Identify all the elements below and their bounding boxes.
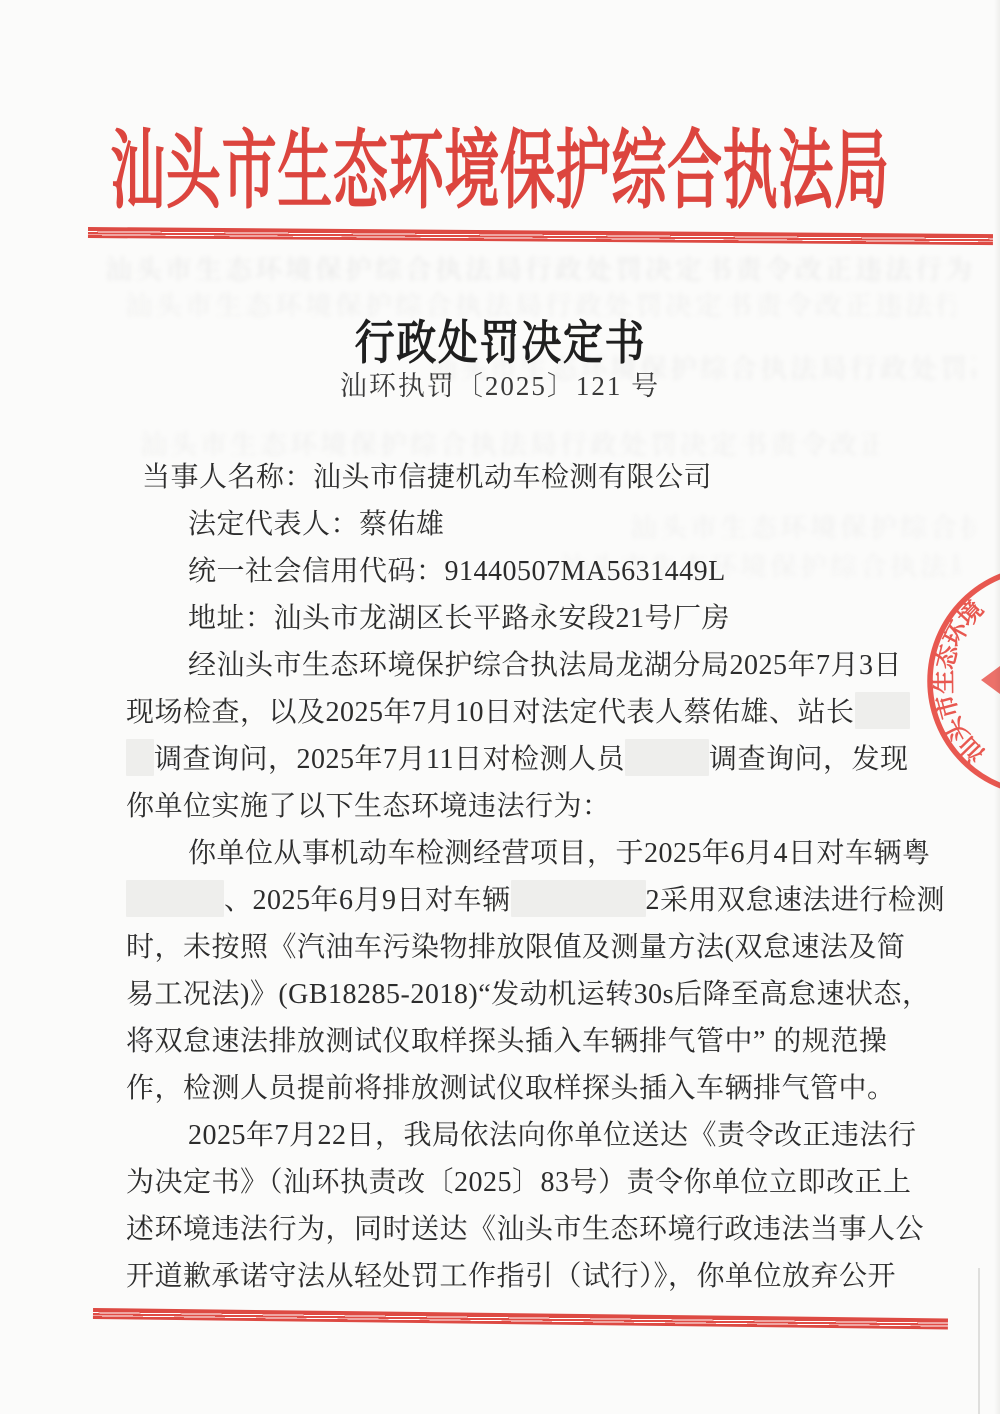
body-text: 现场检查，以及2025年7月10日对法定代表人蔡佑雄、站长 — [126, 697, 855, 728]
body-line: 开道歉承诺守法从轻处罚工作指引（试行）》，你单位放弃公开 — [126, 1253, 886, 1300]
body-line: 调查询问，2025年7月11日对检测人员调查询问，发现 — [126, 736, 886, 783]
body-line: 作，检测人员提前将排放测试仪取样探头插入车辆排气管中。 — [126, 1065, 886, 1112]
body-line: 你单位实施了以下生态环境违法行为： — [126, 783, 886, 830]
body-line: 现场检查，以及2025年7月10日对法定代表人蔡佑雄、站长 — [126, 689, 886, 736]
document-title: 行政处罚决定书 — [354, 306, 646, 373]
body-text: 法定代表人：蔡佑雄 — [188, 509, 445, 540]
official-seal-icon: 汕 头 市 生 态 环 境 — [903, 550, 1000, 812]
body-text: 将双怠速法排放测试仪取样探头插入车辆排气管中” 的规范操 — [126, 1026, 887, 1057]
body-text: 2025年7月22日，我局依法向你单位送达《责令改正违法行 — [188, 1120, 917, 1151]
redaction-box — [126, 739, 154, 776]
body-text: 地址：汕头市龙湖区长平路永安段21号厂房 — [188, 603, 730, 634]
redaction-box — [625, 739, 709, 776]
body-line: 法定代表人：蔡佑雄 — [126, 501, 886, 548]
body-text: 时，未按照《汽油车污染物排放限值及测量方法(双怠速法及简 — [126, 932, 905, 963]
body-text: 统一社会信用代码：91440507MA5631449L — [188, 556, 726, 587]
scan-edge-line — [978, 1268, 980, 1414]
body-line: 2025年7月22日，我局依法向你单位送达《责令改正违法行 — [126, 1112, 886, 1159]
body-text: 你单位从事机动车检测经营项目，于2025年6月4日对车辆粤 — [188, 838, 931, 869]
body-line: 地址：汕头市龙湖区长平路永安段21号厂房 — [126, 595, 886, 642]
document-number: 汕环执罚〔2025〕121 号 — [0, 364, 1000, 403]
letterhead-rule-line — [88, 227, 993, 245]
body-line: 易工况法)》(GB18285-2018)“发动机运转30s后降至高怠速状态， — [126, 971, 886, 1018]
body-line: 你单位从事机动车检测经营项目，于2025年6月4日对车辆粤 — [126, 830, 886, 877]
letterhead: 汕头市生态环境保护综合执法局 — [0, 126, 1000, 216]
body-line: 经汕头市生态环境保护综合执法局龙湖分局2025年7月3日 — [126, 642, 886, 689]
body-line: 、2025年6月9日对车辆2采用双怠速法进行检测 — [126, 877, 886, 924]
seal-char: 生 — [931, 670, 958, 694]
body-text: 你单位实施了以下生态环境违法行为： — [126, 791, 611, 822]
scanned-document-page: 汕头市生态环境保护综合执法局 汕头市生态环境保护综合执法局行政处罚决定书责令改正… — [0, 0, 1000, 1414]
body-text: 调查询问，发现 — [709, 744, 909, 775]
body-text: 为决定书》（汕环执责改〔2025〕83号）责令你单位立即改正上 — [126, 1167, 912, 1198]
body-line: 时，未按照《汽油车污染物排放限值及测量方法(双怠速法及简 — [126, 924, 886, 971]
body-text: 易工况法)》(GB18285-2018)“发动机运转30s后降至高怠速状态， — [126, 979, 931, 1010]
body-line: 当事人名称：汕头市信捷机动车检测有限公司 — [126, 454, 886, 501]
redaction-box — [855, 692, 910, 729]
bleedthrough-text: 汕头市生态环境保护综合执法局行政处罚决定书责令改正违法行为当事人名称检测有限公司… — [105, 248, 975, 287]
redaction-box — [126, 880, 224, 917]
body-text: 作，检测人员提前将排放测试仪取样探头插入车辆排气管中。 — [126, 1073, 896, 1104]
body-line: 将双怠速法排放测试仪取样探头插入车辆排气管中” 的规范操 — [126, 1018, 886, 1065]
body-line: 统一社会信用代码：91440507MA5631449L — [126, 548, 886, 595]
document-body: 当事人名称：汕头市信捷机动车检测有限公司法定代表人：蔡佑雄统一社会信用代码：91… — [126, 454, 886, 1300]
body-text: 述环境违法行为，同时送达《汕头市生态环境行政违法当事人公 — [126, 1214, 924, 1245]
document-heading: 行政处罚决定书 — [0, 306, 1000, 373]
body-text: 当事人名称：汕头市信捷机动车检测有限公司 — [142, 462, 712, 493]
body-text: 2采用双怠速法进行检测 — [646, 885, 946, 916]
body-text: 、2025年6月9日对车辆 — [224, 885, 511, 916]
body-line: 为决定书》（汕环执责改〔2025〕83号）责令你单位立即改正上 — [126, 1159, 886, 1206]
redaction-box — [511, 880, 646, 917]
footer-rule-line — [93, 1308, 948, 1329]
letterhead-title: 汕头市生态环境保护综合执法局 — [110, 126, 890, 216]
body-text: 调查询问，2025年7月11日对检测人员 — [154, 744, 625, 775]
body-text: 经汕头市生态环境保护综合执法局龙湖分局2025年7月3日 — [188, 650, 902, 681]
scan-edge-shadow — [994, 0, 1000, 1414]
body-text: 开道歉承诺守法从轻处罚工作指引（试行）》，你单位放弃公开 — [126, 1261, 896, 1292]
body-line: 述环境违法行为，同时送达《汕头市生态环境行政违法当事人公 — [126, 1206, 886, 1253]
